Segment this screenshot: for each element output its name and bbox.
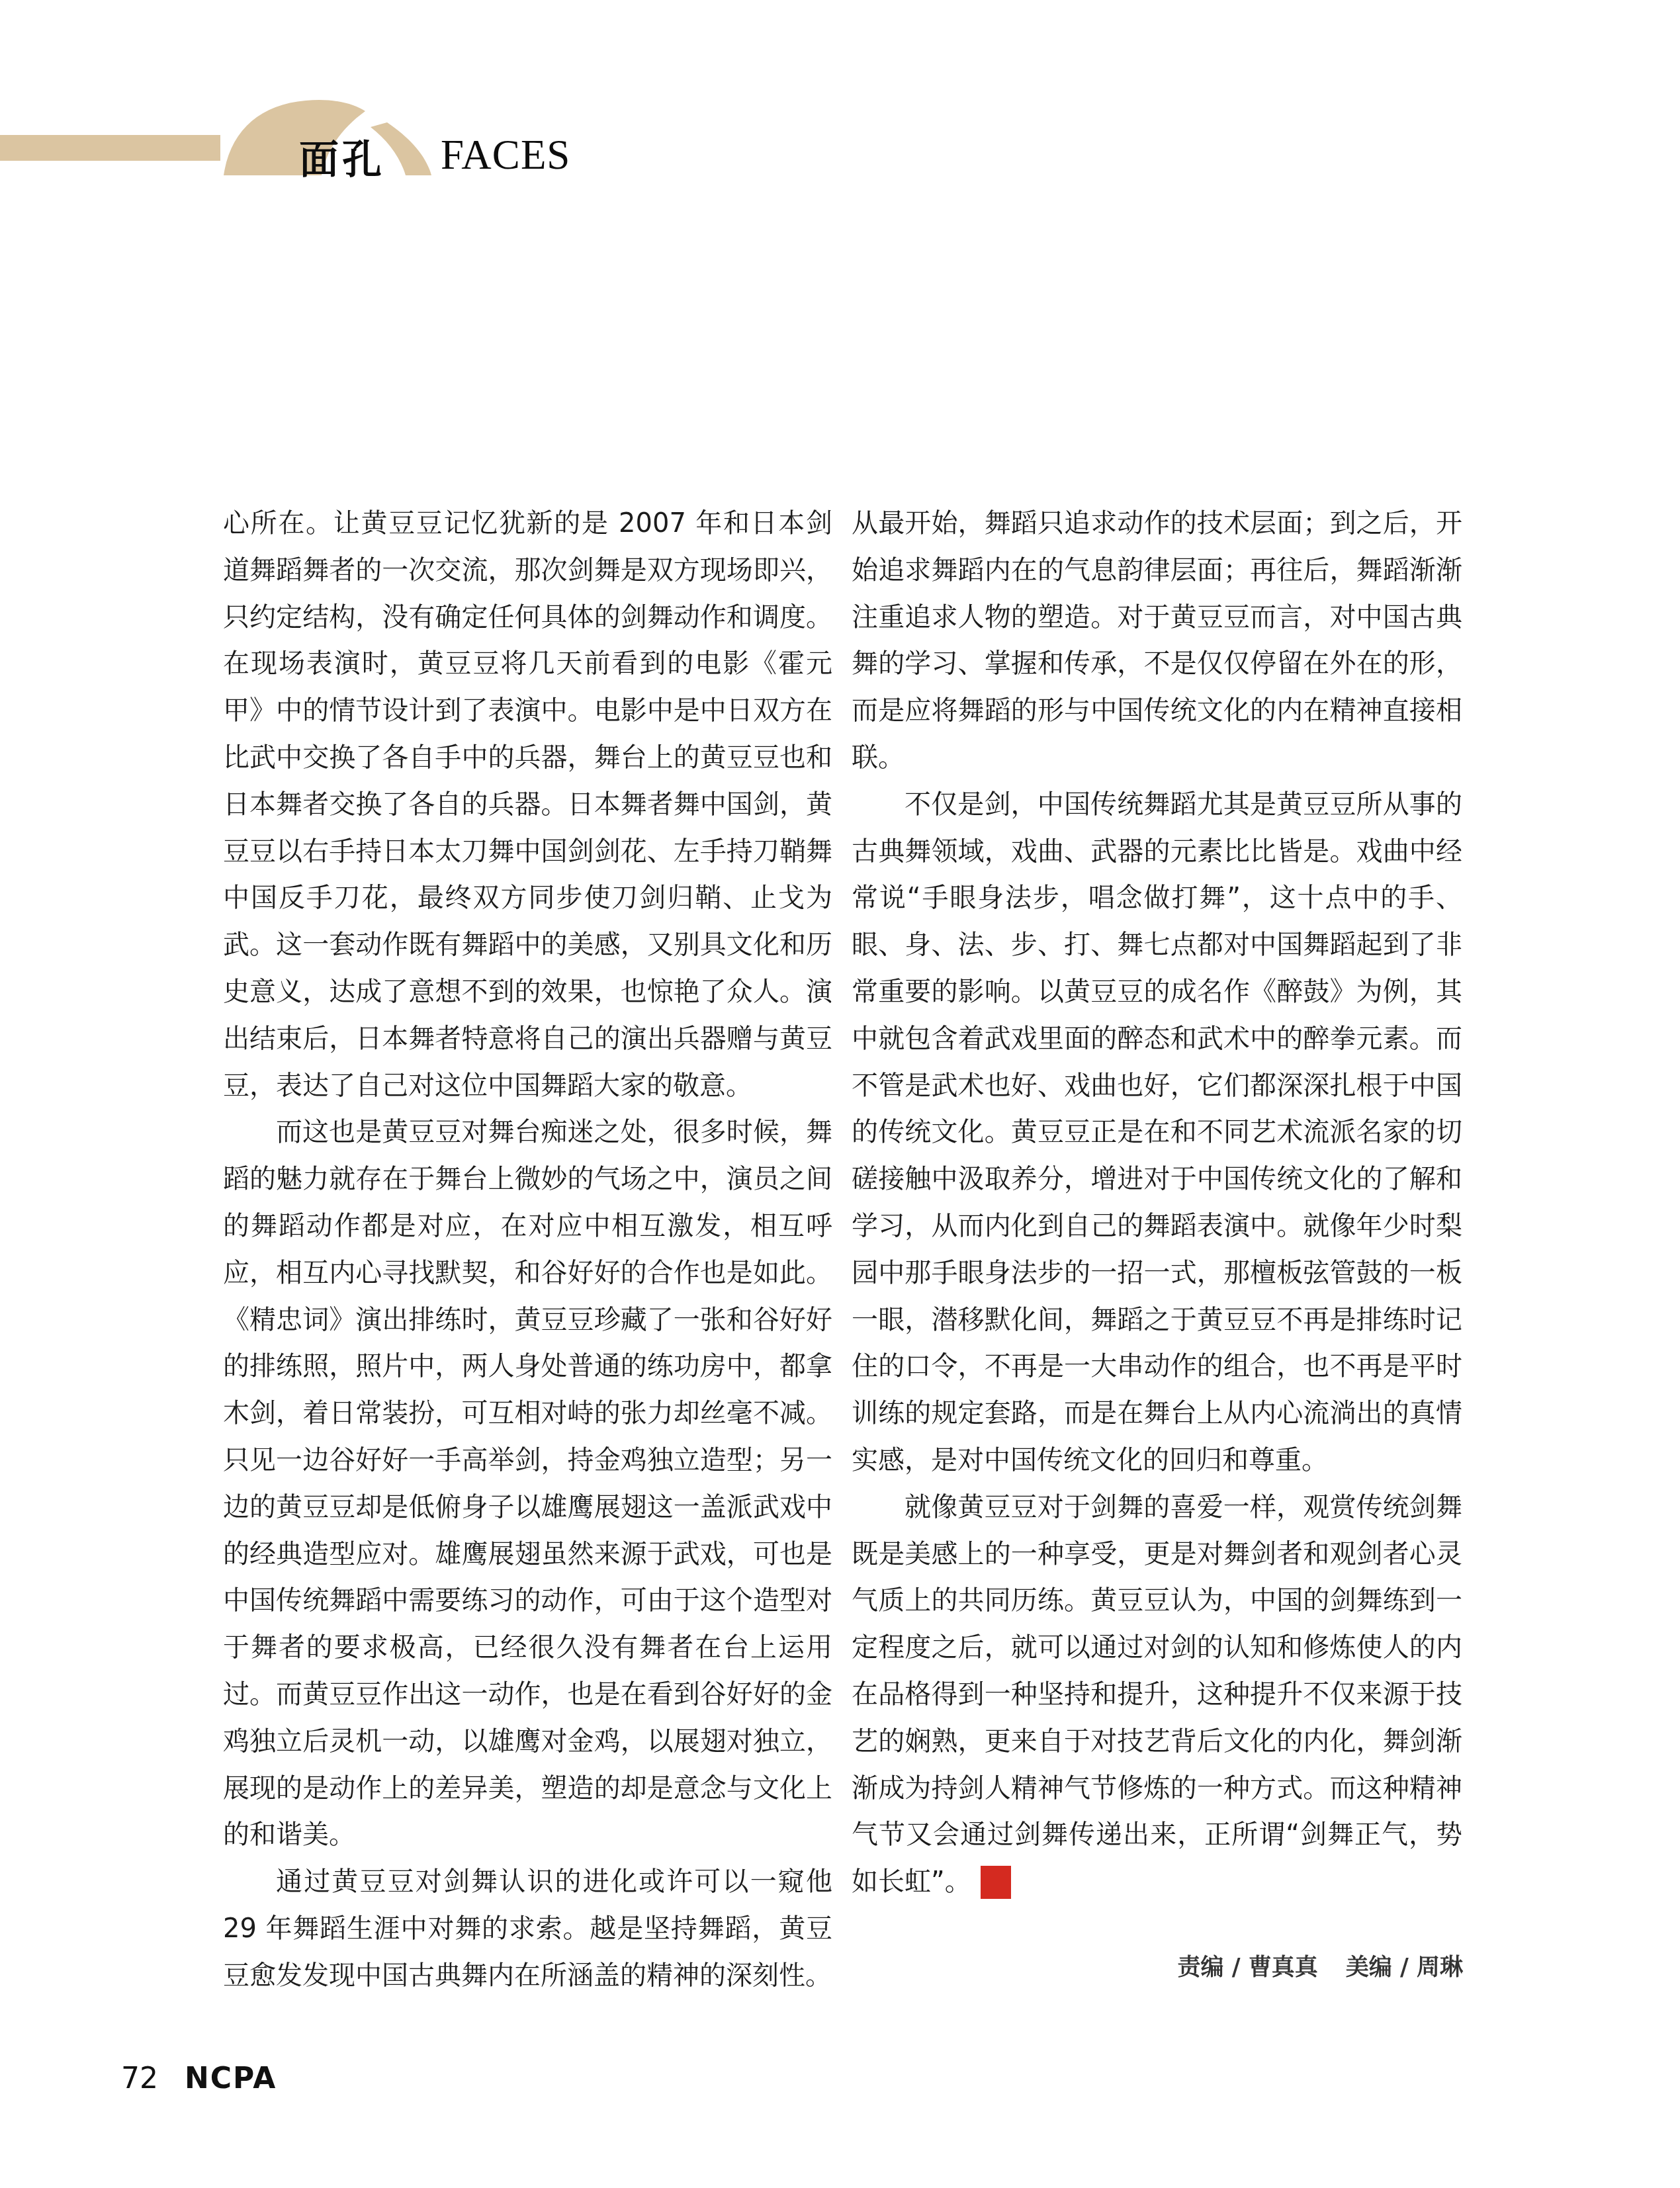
page-number: 72: [121, 2062, 158, 2095]
credit-designer: 美编 / 周琳: [1346, 1954, 1463, 1981]
header-swoosh-art: [0, 86, 503, 182]
credits-line: 责编 / 曹真真 美编 / 周琳: [1178, 1949, 1464, 1982]
paragraph: 通过黄豆豆对剑舞认识的进化或许可以一窥他 29 年舞蹈生涯中对舞的求索。越是坚持…: [223, 1859, 832, 1999]
footer-pagination: 72 NCPA: [121, 2062, 277, 2095]
paragraph: 而这也是黄豆豆对舞台痴迷之处，很多时候，舞蹈的魅力就存在于舞台上微妙的气场之中，…: [223, 1109, 832, 1859]
magazine-page: 面孔 FACES 心所在。让黄豆豆记忆犹新的是 2007 年和日本剑道舞蹈舞者的…: [0, 0, 1680, 2188]
credit-editor: 责编 / 曹真真: [1178, 1954, 1318, 1981]
text-column-2: 从最开始，舞蹈只追求动作的技术层面；到之后，开始追求舞蹈内在的气息韵律层面；再往…: [852, 500, 1462, 1905]
paragraph: 就像黄豆豆对于剑舞的喜爱一样，观赏传统剑舞既是美感上的一种享受，更是对舞剑者和观…: [852, 1484, 1462, 1905]
section-title-english: FACES: [441, 131, 570, 179]
ncpa-seal: NCPA: [981, 1866, 1011, 1899]
paragraph: 不仅是剑，中国传统舞蹈尤其是黄豆豆所从事的古典舞领域，戏曲、武器的元素比比皆是。…: [852, 781, 1462, 1484]
magazine-name: NCPA: [185, 2062, 277, 2095]
paragraph: 心所在。让黄豆豆记忆犹新的是 2007 年和日本剑道舞蹈舞者的一次交流，那次剑舞…: [223, 500, 832, 1109]
paragraph: 从最开始，舞蹈只追求动作的技术层面；到之后，开始追求舞蹈内在的气息韵律层面；再往…: [852, 500, 1462, 781]
section-title-chinese: 面孔: [299, 128, 385, 185]
text-column-1: 心所在。让黄豆豆记忆犹新的是 2007 年和日本剑道舞蹈舞者的一次交流，那次剑舞…: [223, 500, 832, 1999]
header-beige-bar: [0, 135, 220, 161]
